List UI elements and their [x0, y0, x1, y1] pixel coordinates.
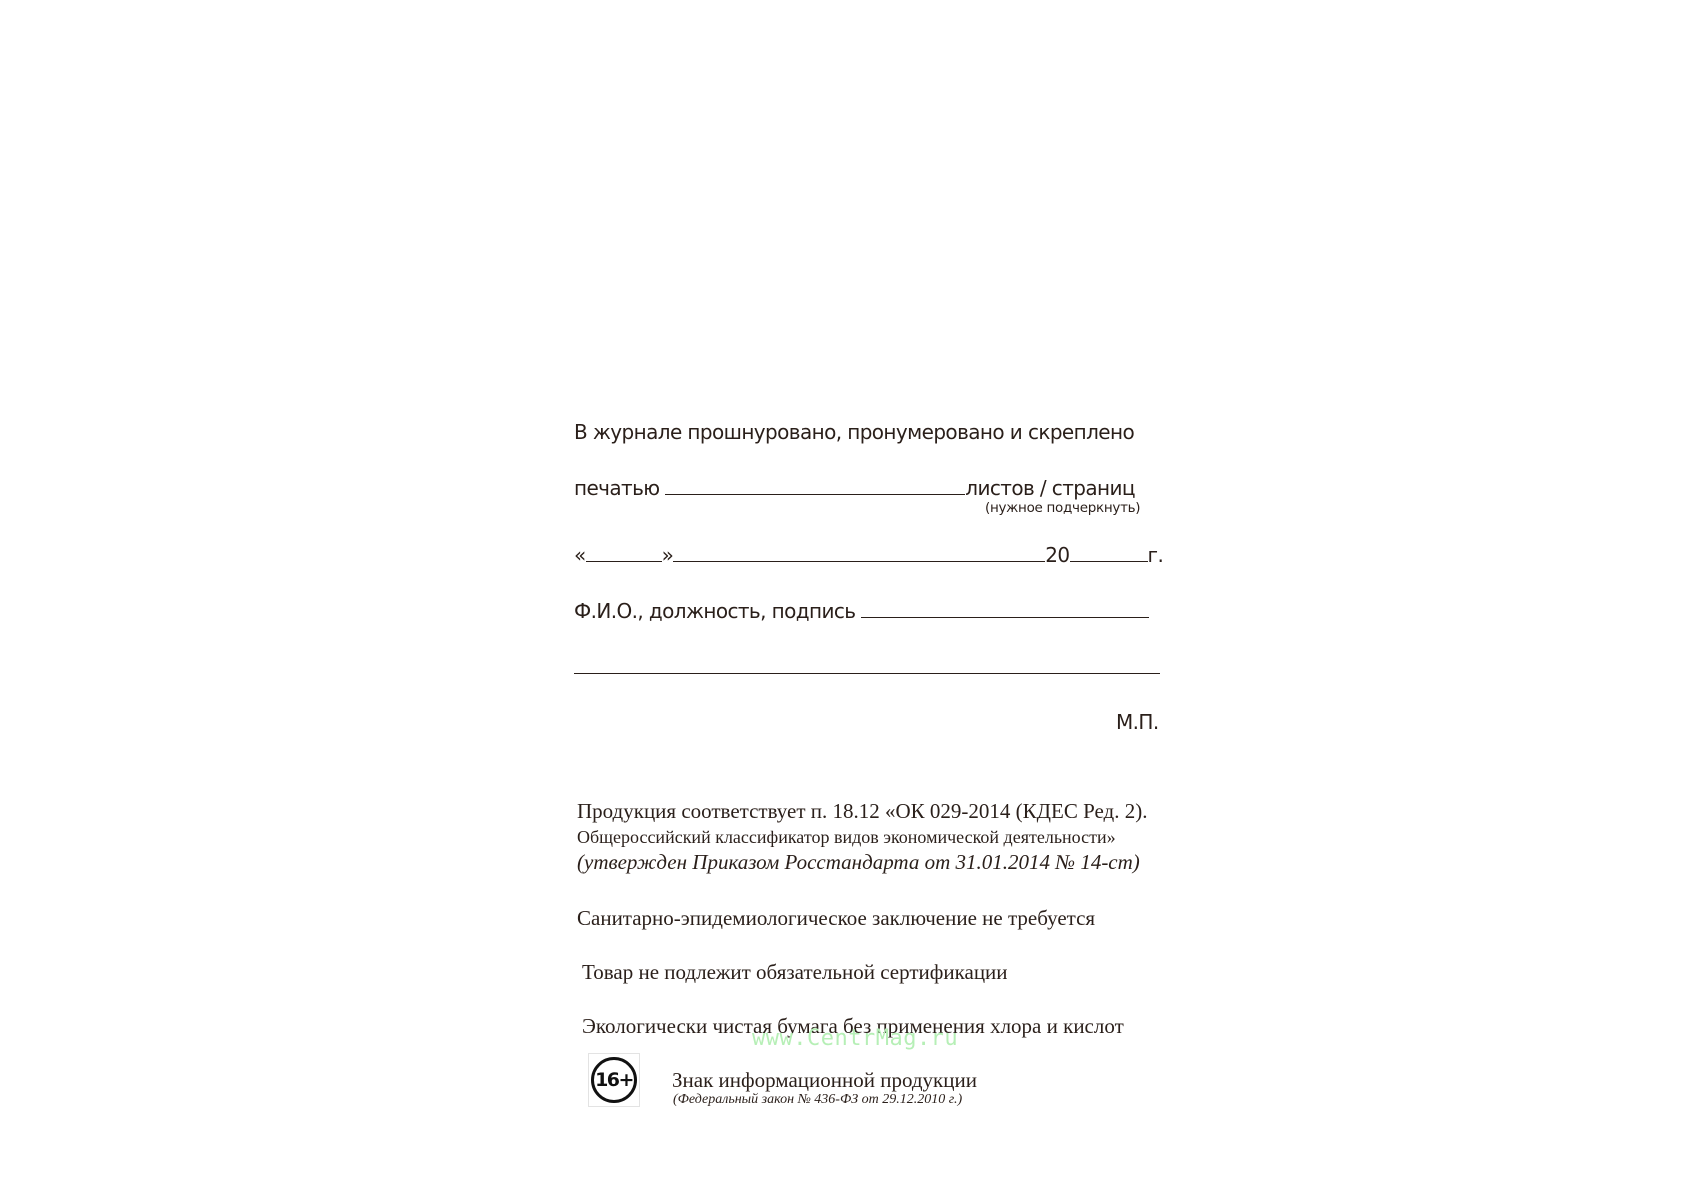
extra-signature-field[interactable] — [574, 673, 1160, 674]
signature-line: Ф.И.О., должность, подпись — [574, 599, 1149, 623]
close-quote: » — [662, 543, 674, 567]
year-field[interactable] — [1070, 543, 1148, 562]
year-suffix: г. — [1148, 543, 1164, 567]
compliance-line-2: Общероссийский классификатор видов эконо… — [577, 827, 1116, 848]
sheets-count-field[interactable] — [665, 476, 965, 495]
info-product-law: (Федеральный закон № 436-ФЗ от 29.12.201… — [673, 1092, 962, 1108]
date-line: «»20г. — [574, 543, 1163, 567]
day-field[interactable] — [586, 543, 662, 562]
underline-hint: (нужное подчеркнуть) — [985, 500, 1140, 516]
month-field[interactable] — [673, 543, 1045, 562]
age-rating-icon: 16+ — [591, 1057, 637, 1103]
year-prefix: 20 — [1045, 543, 1069, 567]
binding-statement-text: В журнале прошнуровано, пронумеровано и … — [574, 420, 1134, 444]
stamp-place-label: М.П. — [1116, 710, 1159, 734]
sanitary-notice: Санитарно-эпидемиологическое заключение … — [577, 906, 1095, 931]
sheets-suffix: листов / страниц — [965, 476, 1135, 500]
binding-statement: В журнале прошнуровано, пронумеровано и … — [574, 420, 1134, 444]
signature-field[interactable] — [861, 599, 1149, 618]
compliance-line-3: (утвержден Приказом Росстандарта от 31.0… — [577, 850, 1140, 875]
age-rating-badge: 16+ — [588, 1053, 640, 1107]
open-quote: « — [574, 543, 586, 567]
compliance-line-1: Продукция соответствует п. 18.12 «ОК 029… — [577, 799, 1147, 824]
signature-label: Ф.И.О., должность, подпись — [574, 599, 855, 623]
sheets-prefix: печатью — [574, 476, 660, 500]
sheets-count-line: печатью листов / страниц — [574, 476, 1135, 500]
document-page: В журнале прошнуровано, пронумеровано и … — [0, 0, 1697, 1200]
watermark: www.CentrMag.ru — [752, 1026, 958, 1051]
info-product-label: Знак информационной продукции — [672, 1068, 977, 1093]
certification-notice: Товар не подлежит обязательной сертифика… — [582, 960, 1008, 985]
